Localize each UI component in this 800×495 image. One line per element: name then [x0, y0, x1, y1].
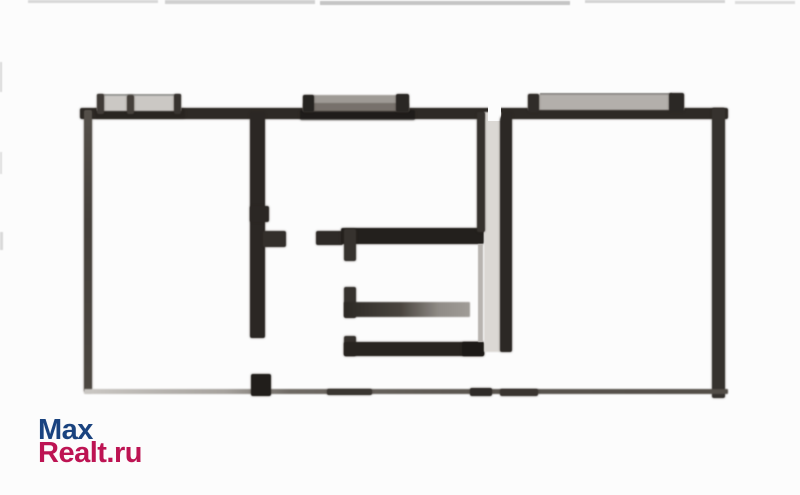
- window-mullion: [528, 94, 539, 112]
- interior-wall-left-room: [250, 112, 265, 338]
- sanitary-block-top-wall: [341, 228, 484, 244]
- middle-right-wall-cavity: [484, 112, 501, 352]
- window-mullion: [127, 95, 134, 114]
- interior-wall-bottom-stub: [251, 374, 271, 396]
- outer-wall-right: [712, 108, 725, 398]
- middle-right-wall-outer-line: [500, 112, 512, 352]
- window-block-top-line: [97, 94, 181, 96]
- window-block-top-line: [540, 93, 672, 95]
- window-block: [97, 95, 181, 111]
- sanitary-block-bottom-corner: [462, 342, 484, 356]
- sanitary-block-divider-wall: [344, 302, 470, 317]
- window-mullion: [669, 93, 684, 112]
- sanitary-block-left-wall-segment: [344, 229, 356, 261]
- interior-wall-nub: [250, 206, 269, 222]
- window-mullion: [174, 94, 181, 114]
- scanned-floor-plan-page: Max Realt.ru: [0, 0, 800, 495]
- window-block: [528, 94, 684, 110]
- window-mullion: [396, 94, 409, 112]
- window-mullion: [97, 94, 104, 114]
- middle-right-wall-inner-line: [477, 112, 485, 232]
- outer-wall-bottom-dark-segment: [470, 388, 492, 396]
- wall-stub-right-of-door: [316, 231, 343, 245]
- outer-wall-bottom-dark-segment: [500, 389, 538, 396]
- window-block-shade: [303, 103, 409, 112]
- window-mullion: [303, 95, 314, 112]
- middle-right-wall-inner-line-faded: [478, 244, 483, 342]
- outer-wall-bottom: [84, 389, 728, 394]
- outer-wall-left: [84, 110, 92, 392]
- wall-stub-left-of-door: [263, 231, 286, 247]
- site-watermark: Max Realt.ru: [38, 419, 142, 465]
- top-wall-joint-gap: [488, 104, 501, 121]
- watermark-realt-ru: Realt.ru: [38, 442, 142, 465]
- outer-wall-bottom-dark-segment: [327, 389, 372, 395]
